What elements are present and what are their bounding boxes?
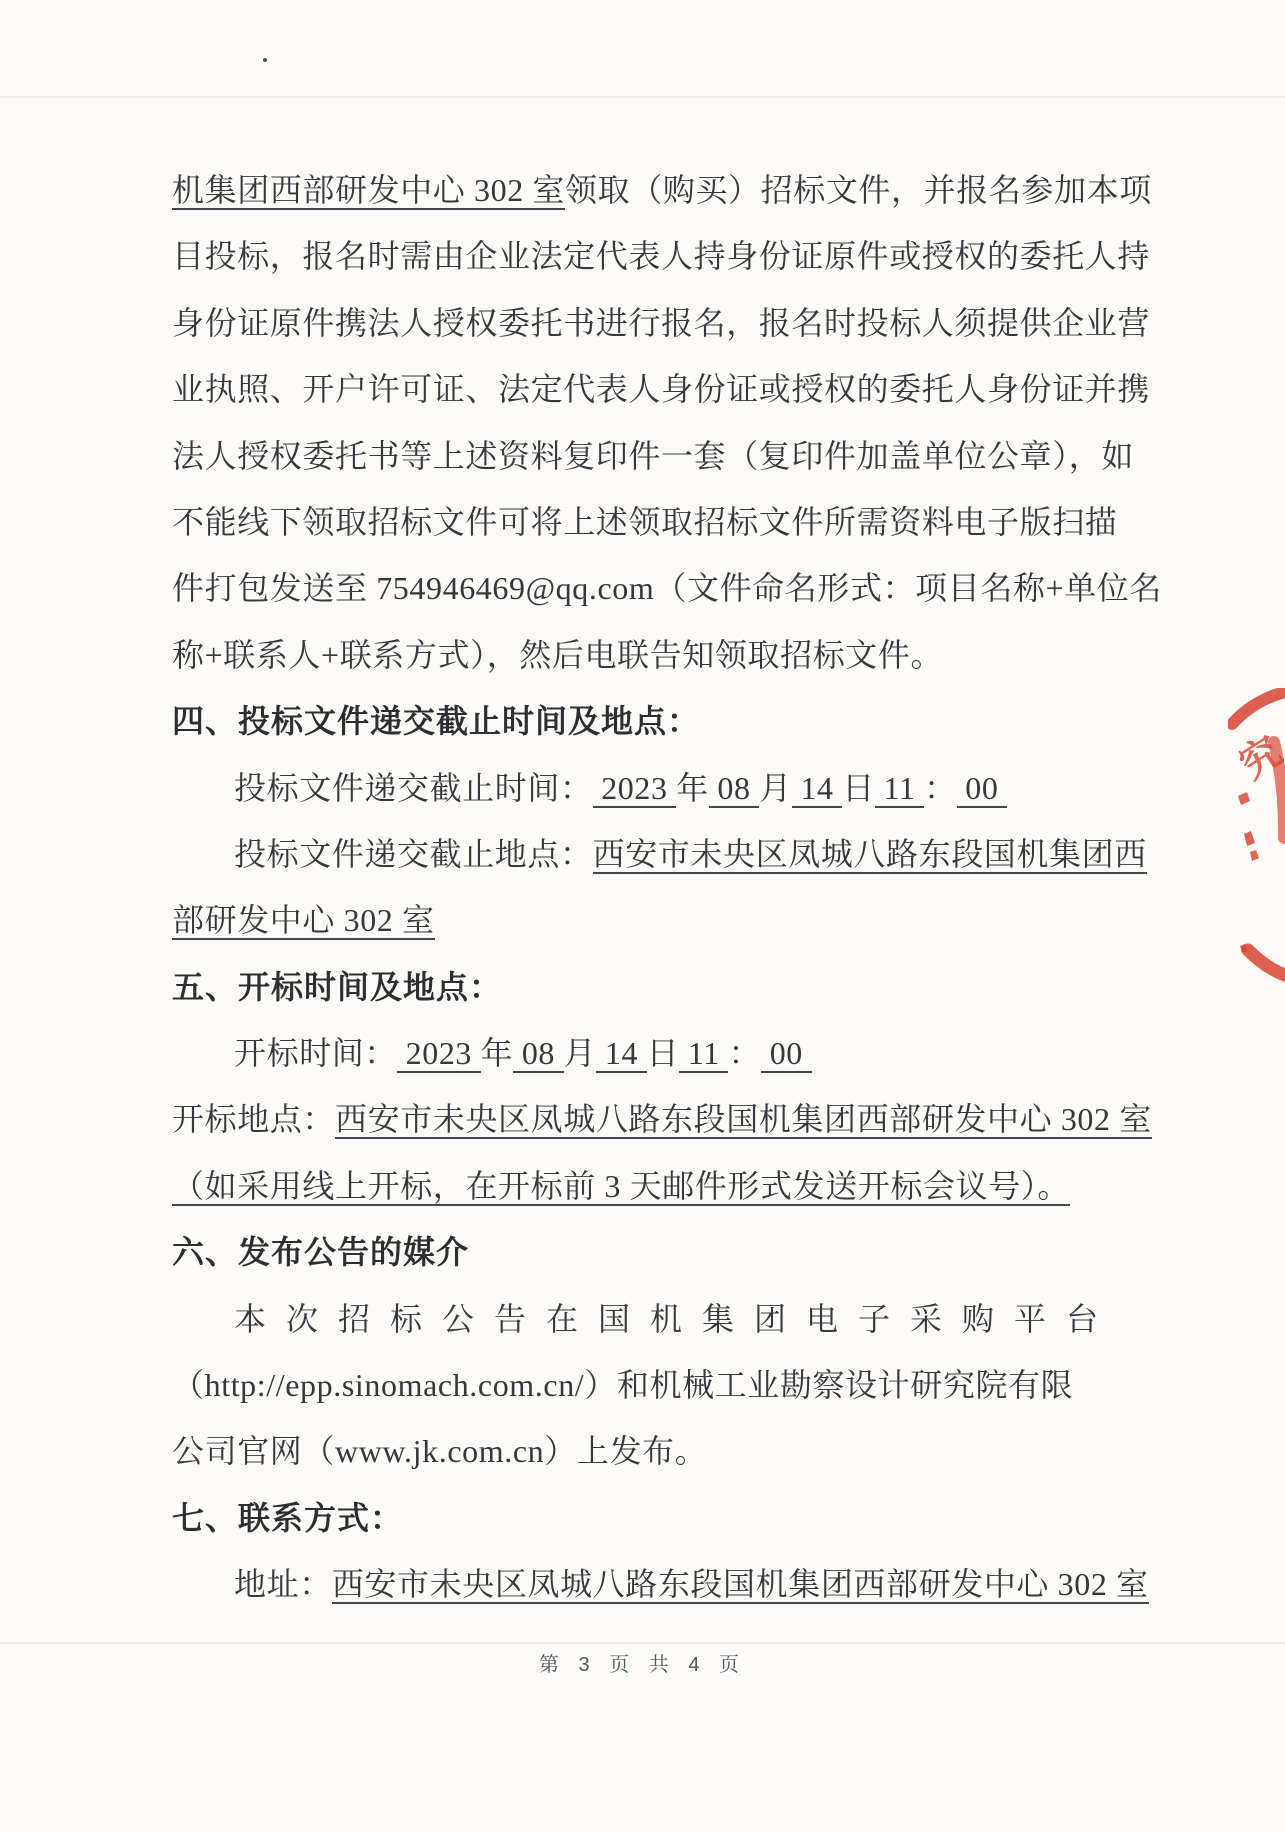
underlined-text: 西安市未央区凤城八路东段国机集团西部研发中心 302 室	[335, 1101, 1152, 1139]
text-segment: 四、投标文件递交截止时间及地点：	[172, 703, 700, 739]
text-segment: 月	[564, 1035, 597, 1071]
text-segment: 投标文件递交截止地点：	[234, 836, 593, 872]
doc-line-15: 开标地点：西安市未央区凤城八路东段国机集团西部研发中心 302 室	[172, 1086, 1112, 1152]
red-seal-stamp-partial: 究	[1228, 688, 1285, 983]
text-segment: 六、发布公告的媒介	[172, 1234, 469, 1270]
doc-line-19: （http://epp.sinomach.com.cn/）和机械工业勘察设计研究…	[172, 1352, 1112, 1418]
doc-line-22: 地址：西安市未央区凤城八路东段国机集团西部研发中心 302 室	[172, 1551, 1112, 1617]
doc-line-1: 机集团西部研发中心 302 室领取（购买）招标文件，并报名参加本项	[172, 157, 1112, 223]
doc-line-6: 不能线下领取招标文件可将上述领取招标文件所需资料电子版扫描	[172, 489, 1112, 555]
text-segment: 日	[647, 1035, 680, 1071]
underlined-text: 2023	[397, 1035, 481, 1073]
text-segment: 法人授权委托书等上述资料复印件一套（复印件加盖单位公章），如	[172, 438, 1134, 474]
doc-line-3: 身份证原件携法人授权委托书进行报名，报名时投标人须提供企业营	[172, 290, 1112, 356]
underlined-text: 部研发中心 302 室	[172, 902, 435, 940]
text-segment: 本次招标公告在国机集团电子采购平台	[234, 1301, 1118, 1337]
doc-line-18: 本次招标公告在国机集团电子采购平台	[172, 1286, 1112, 1352]
doc-line-11: 投标文件递交截止地点：西安市未央区凤城八路东段国机集团西	[172, 821, 1112, 887]
text-segment: 开标地点：	[172, 1101, 335, 1137]
text-segment: 五、开标时间及地点：	[172, 969, 502, 1005]
underlined-text: （如采用线上开标，在开标前 3 天邮件形式发送开标会议号）。	[172, 1168, 1070, 1206]
underlined-text: 西安市未央区凤城八路东段国机集团西部研发中心 302 室	[332, 1566, 1149, 1604]
underlined-text: 14	[792, 770, 842, 808]
text-segment: 投标文件递交截止时间：	[234, 770, 593, 806]
doc-line-12: 部研发中心 302 室	[172, 887, 1112, 953]
text-segment: 件打包发送至 754946469@qq.com（文件命名形式：项目名称+单位名	[172, 570, 1162, 606]
scan-speck	[263, 58, 267, 62]
underlined-text: 00	[957, 770, 1007, 808]
doc-line-7: 件打包发送至 754946469@qq.com（文件命名形式：项目名称+单位名	[172, 555, 1112, 621]
text-segment: ：	[728, 1035, 761, 1071]
text-segment: （http://epp.sinomach.com.cn/）和机械工业勘察设计研究…	[172, 1367, 1073, 1403]
text-segment: ：	[924, 770, 957, 806]
underlined-text: 08	[513, 1035, 563, 1073]
doc-line-9: 四、投标文件递交截止时间及地点：	[172, 688, 1112, 754]
text-segment: 年	[481, 1035, 514, 1071]
text-segment: 不能线下领取招标文件可将上述领取招标文件所需资料电子版扫描	[172, 504, 1117, 540]
text-segment: 领取（购买）招标文件，并报名参加本项	[565, 172, 1152, 208]
doc-line-20: 公司官网（www.jk.com.cn）上发布。	[172, 1418, 1112, 1484]
text-segment: 开标时间：	[234, 1035, 397, 1071]
underlined-text: 14	[596, 1035, 646, 1073]
page-number: 第 3 页 共 4 页	[0, 1648, 1285, 1677]
text-segment: 日	[842, 770, 875, 806]
text-segment: 业执照、开户许可证、法定代表人身份证或授权的委托人身份证并携	[172, 371, 1150, 407]
text-segment: 年	[676, 770, 709, 806]
doc-line-4: 业执照、开户许可证、法定代表人身份证或授权的委托人身份证并携	[172, 356, 1112, 422]
underlined-text: 2023	[593, 770, 677, 808]
doc-line-10: 投标文件递交截止时间： 2023 年 08 月 14 日 11 ： 00	[172, 755, 1112, 821]
underlined-text: 00	[761, 1035, 811, 1073]
text-segment: 地址：	[234, 1566, 332, 1602]
document-body: 机集团西部研发中心 302 室领取（购买）招标文件，并报名参加本项目投标，报名时…	[172, 157, 1112, 1618]
text-segment: 月	[759, 770, 792, 806]
text-segment: 称+联系人+联系方式），然后电联告知领取招标文件。	[172, 637, 943, 673]
text-segment: 目投标，报名时需由企业法定代表人持身份证原件或授权的委托人持	[172, 238, 1150, 274]
doc-line-2: 目投标，报名时需由企业法定代表人持身份证原件或授权的委托人持	[172, 223, 1112, 289]
text-segment: 身份证原件携法人授权委托书进行报名，报名时投标人须提供企业营	[172, 305, 1150, 341]
underlined-text: 11	[875, 770, 924, 808]
text-segment: 公司官网（www.jk.com.cn）上发布。	[172, 1433, 707, 1469]
doc-line-17: 六、发布公告的媒介	[172, 1219, 1112, 1285]
underlined-text: 11	[679, 1035, 728, 1073]
scan-artifact-line	[0, 1642, 1285, 1644]
scan-artifact-line	[0, 96, 1285, 98]
text-segment: 七、联系方式：	[172, 1500, 403, 1536]
doc-line-8: 称+联系人+联系方式），然后电联告知领取招标文件。	[172, 622, 1112, 688]
underlined-text: 08	[709, 770, 759, 808]
doc-line-13: 五、开标时间及地点：	[172, 954, 1112, 1020]
doc-line-21: 七、联系方式：	[172, 1485, 1112, 1551]
underlined-text: 机集团西部研发中心 302 室	[172, 172, 565, 210]
underlined-text: 西安市未央区凤城八路东段国机集团西	[593, 836, 1147, 874]
doc-line-14: 开标时间： 2023 年 08 月 14 日 11 ： 00	[172, 1020, 1112, 1086]
page: 机集团西部研发中心 302 室领取（购买）招标文件，并报名参加本项目投标，报名时…	[0, 0, 1285, 1832]
doc-line-5: 法人授权委托书等上述资料复印件一套（复印件加盖单位公章），如	[172, 423, 1112, 489]
doc-line-16: （如采用线上开标，在开标前 3 天邮件形式发送开标会议号）。	[172, 1153, 1112, 1219]
stamp-fragments: 究	[1232, 728, 1285, 953]
